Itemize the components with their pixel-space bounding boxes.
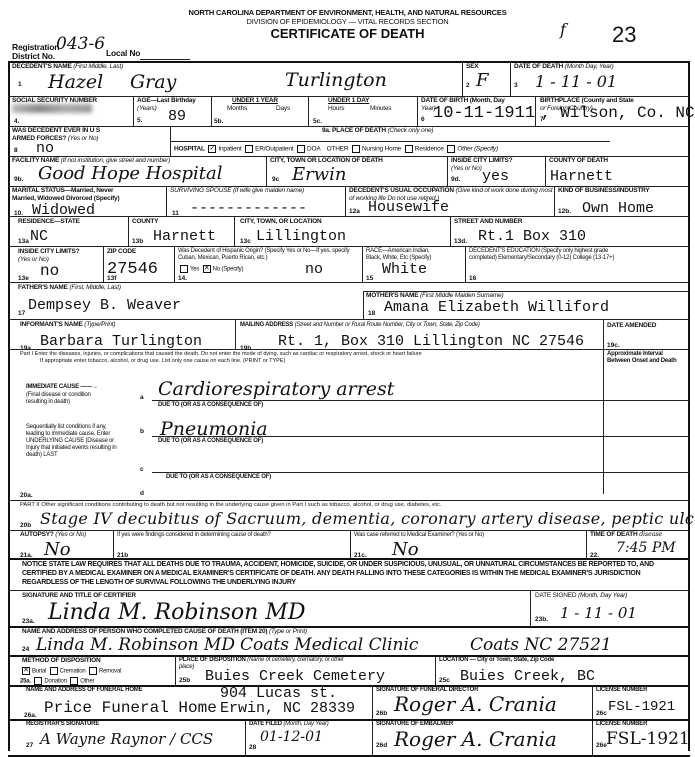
race-label: RACE—American Indian, [366,248,430,255]
director-license-value: FSL-1921 [608,699,675,715]
zip-label: ZIP CODE [107,248,136,256]
informant-label: INFORMANT'S NAME (Type/Print) [20,321,115,329]
sequential-hint: Sequentially list conditions if any, lea… [26,424,121,459]
disposition-location-label: LOCATION — City or Town, State, Zip Code [439,657,554,664]
page-number: 23 [612,22,636,48]
hispanic-label: Was Decedent of Hispanic Origin? (Specif… [178,248,356,262]
other-place-checkbox[interactable] [447,145,455,153]
certifier-label: SIGNATURE AND TITLE OF CERTIFIER [22,592,136,600]
place-of-death-options: HOSPITAL ✓Inpatient ER/Outpatient DOA OT… [174,145,498,153]
under-1-day-label: UNDER 1 DAY [328,97,369,105]
part1-instructions: Part I Enter the diseases, injuries, or … [20,351,600,358]
armed-forces-value: no [36,140,54,157]
er-outpatient-checkbox[interactable] [245,145,253,153]
inside-city-limits-value: yes [482,168,509,185]
registrar-signature: A Wayne Raynor / CCS [40,730,213,748]
disposition-label: METHOD OF DISPOSITION [22,657,101,665]
cause-completer-name: Linda M. Robinson MD [36,635,235,655]
cremation-checkbox[interactable] [50,667,58,675]
decedent-first-name: Hazel [48,71,103,93]
division-header: DIVISION OF EPIDEMIOLOGY — VITAL RECORDS… [0,17,695,26]
funeral-home-address2: Erwin, NC 28339 [220,700,355,717]
local-no-label: Local No [106,50,140,58]
interval-label: Approximate Interval Between Onset and D… [607,351,687,365]
funeral-home-name: Price Funeral Home [44,699,217,717]
residence-inside-city-value: no [40,262,59,280]
mailing-address-label: MAILING ADDRESS (Street and Number or Ru… [240,322,480,329]
date-of-death-label: DATE OF DEATH (Month Day, Year) [514,63,614,71]
registration-value: 043-6 [56,34,105,54]
cause-completer-city: Coats NC 27521 [470,635,612,655]
date-of-death-value: 1 - 11 - 01 [535,72,617,91]
ssn-redacted [12,104,92,113]
race-value: White [382,261,427,278]
hispanic-no-checkbox[interactable]: ✕ [203,265,211,273]
zip-value: 27546 [107,260,158,279]
immediate-cause-label: IMMEDIATE CAUSE ——→ [26,384,98,391]
funeral-home-label: NAME AND ADDRESS OF FUNERAL HOME [26,687,142,694]
father-label: FATHER'S NAME (First, Middle, Last) [18,284,121,292]
autopsy-value: No [44,539,71,560]
dob-value: 10-11-1911 [433,104,535,123]
decedent-last-name: Turlington [285,69,387,91]
armed-forces-label: WAS DECEDENT EVER IN U S [12,127,100,135]
spouse-label: SURVIVING SPOUSE (If wife give maiden na… [170,187,304,195]
autopsy-findings-label: If yes were findings considered in deter… [117,532,271,539]
part2-value: Stage IV decubitus of Sacruum, dementia,… [40,509,695,528]
father-value: Dempsey B. Weaver [28,297,181,314]
other-disposition-checkbox[interactable] [70,677,78,685]
corner-mark: f [560,20,566,39]
donation-checkbox[interactable] [34,677,42,685]
facility-value: Good Hope Hospital [38,163,223,184]
decedent-middle-name: Gray [130,71,176,93]
residence-inside-city-label: INSIDE CITY LIMITS? [18,248,79,256]
under-1-year-label: UNDER 1 YEAR [232,97,278,105]
embalmer-license-value: FSL-1921 [606,729,690,749]
residence-county-label: COUNTY [132,218,158,226]
removal-checkbox[interactable] [89,667,97,675]
date-amended-label: DATE AMENDED [607,322,656,330]
business-label: KIND OF BUSINESS/INDUSTRY [558,187,650,195]
date-signed-label: DATE SIGNED (Month, Day Year) [535,592,627,600]
county-of-death-label: COUNTY OF DEATH [549,157,608,165]
date-signed-value: 1 - 11 - 01 [560,604,637,622]
burial-checkbox[interactable]: ✕ [22,667,30,675]
residence-county-value: Harnett [153,228,216,245]
certifier-signature: Linda M. Robinson MD [48,600,305,625]
registrar-label: REGISTRAR'S SIGNATURE [26,721,99,728]
cause-completer-clinic: Coats Medical Clinic [240,635,418,655]
date-filed-label: DATE FILED (Month, Day Year) [249,721,329,728]
medical-examiner-value: No [392,539,419,560]
informant-value: Barbara Turlington [40,333,202,350]
residence-city-value: Lillington [256,228,346,245]
cause-line-a: Cardiorespiratory arrest [158,378,394,400]
notice-text: NOTICE STATE LAW REQUIRES THAT ALL DEATH… [22,560,688,587]
age-label: AGE—Last Birthday [137,97,196,105]
residence-city-label: CITY, TOWN, OR LOCATION [240,218,321,226]
place-of-disposition-value: Buies Creek Cemetery [205,668,385,685]
residence-street-label: STREET AND NUMBER [454,218,522,226]
residence-checkbox[interactable] [405,145,413,153]
residence-state-value: NC [30,228,48,245]
county-of-death-value: Harnett [550,168,613,185]
residence-street-value: Rt.1 Box 310 [478,228,586,245]
inside-city-limits-label: INSIDE CITY LIMITS? [451,157,512,165]
age-value: 89 [168,108,186,125]
inpatient-checkbox[interactable]: ✓ [208,145,216,153]
date-filed-value: 01-12-01 [260,729,323,745]
education-label: DECEDENT'S EDUCATION (Specify only highe… [469,248,608,255]
sex-value: F [476,70,489,91]
place-of-death-label: 9a. PLACE OF DEATH (Check only one) [322,127,433,135]
embalmer-signature: Roger A. Crania [394,727,557,751]
time-of-death-value: 7:45 PM [616,540,676,556]
city-of-death-value: Erwin [292,164,347,185]
doa-checkbox[interactable] [297,145,305,153]
nursing-home-checkbox[interactable] [352,145,360,153]
autopsy-label: AUTOPSY? (Yes or No) [20,531,86,539]
hispanic-value: no [305,261,323,278]
mailing-address-value: Rt. 1, Box 310 Lillington NC 27546 [278,333,584,350]
disposition-location-value: Buies Creek, BC [460,668,595,685]
hispanic-yes-checkbox[interactable] [180,265,188,273]
business-value: Own Home [582,200,654,217]
occupation-value: Housewife [368,199,449,216]
funeral-director-signature: Roger A. Crania [394,692,557,716]
birthplace-value: , Wilson, Co. NC [541,104,695,122]
department-header: NORTH CAROLINA DEPARTMENT OF ENVIRONMENT… [0,8,695,17]
residence-state-label: RESIDENCE—STATE [18,218,80,226]
embalmer-license-label: LICENSE NUMBER [596,721,647,728]
time-of-death-label: TIME OF DEATH disease [590,531,662,539]
spouse-value: ------------- [190,200,307,217]
medical-examiner-label: Was case referred to Medical Examiner? (… [354,532,484,539]
marital-status-label: MARITAL STATUS—Married, Never [12,187,113,195]
mother-value: Amana Elizabeth Williford [384,299,609,316]
director-license-label: LICENSE NUMBER [596,687,647,694]
name-label: DECEDENT'S NAME (First Middle, Last) [12,63,123,71]
part2-label: PART II Other significant conditions con… [20,502,685,509]
